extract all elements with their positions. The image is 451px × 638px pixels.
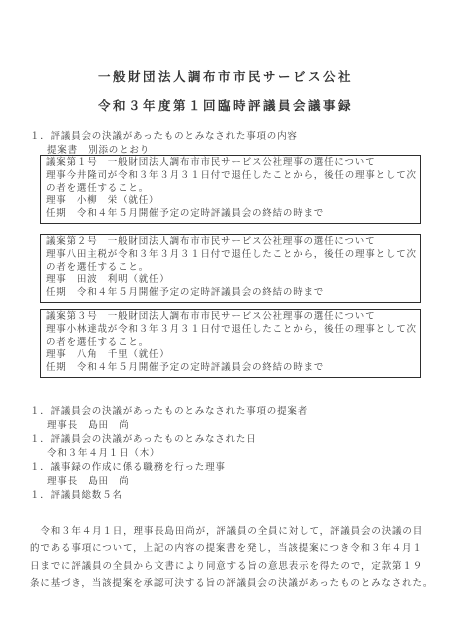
closing-paragraph-line: 的である事項について，上記の内容の提案書を発し，当該提案につき令和３年４月１ — [30, 540, 430, 557]
proposal-2-body-line: 理事八田主税が令和３年３月３１日付で退任したことから，後任の理事として次 — [46, 249, 415, 262]
list-item-5-heading: １．評議員総数５名 — [30, 489, 123, 503]
proposal-box-3: 議案第３号 一般財団法人調布市市民サービス公社理事の選任について 理事小林達哉が… — [40, 309, 421, 378]
proposal-1-appointee: 理事 小柳 栄（就任） — [46, 195, 415, 208]
meeting-minutes-document: 一般財団法人調布市市民サービス公社 令和３年度第１回臨時評議員会議事録 １．評議… — [0, 0, 451, 638]
list-item-1-heading: １．評議員会の決議があったものとみなされた事項の内容 — [30, 130, 298, 144]
proposal-1-title: 議案第１号 一般財団法人調布市市民サービス公社理事の選任について — [46, 157, 415, 170]
proposal-1-body-line: の者を選任すること。 — [46, 183, 415, 196]
proposal-box-2: 議案第２号 一般財団法人調布市市民サービス公社理事の選任について 理事八田主税が… — [40, 234, 421, 303]
proposal-2-body-line: の者を選任すること。 — [46, 262, 415, 275]
proposal-2-title: 議案第２号 一般財団法人調布市市民サービス公社理事の選任について — [46, 236, 415, 249]
proposal-3-term: 任期 令和４年５月開催予定の定時評議員会の終結の時まで — [46, 362, 415, 375]
proposer-name: 理事長 島田 尚 — [47, 419, 129, 433]
minutes-preparer-name: 理事長 島田 尚 — [47, 475, 129, 489]
organization-title: 一般財団法人調布市市民サービス公社 — [0, 67, 451, 85]
list-item-2-heading: １．評議員会の決議があったものとみなされた事項の提案者 — [30, 405, 308, 419]
closing-paragraph-line: 日までに評議員の全員から文書により同意する旨の意思表示を得たので，定款第１９ — [30, 558, 430, 575]
proposal-1-body-line: 理事今井隆司が令和３年３月３１日付で退任したことから，後任の理事として次 — [46, 170, 415, 183]
proposal-box-1: 議案第１号 一般財団法人調布市市民サービス公社理事の選任について 理事今井隆司が… — [40, 155, 421, 224]
proposal-1-term: 任期 令和４年５月開催予定の定時評議員会の終結の時まで — [46, 208, 415, 221]
proposal-3-appointee: 理事 八角 千里（就任） — [46, 349, 415, 362]
proposal-3-title: 議案第３号 一般財団法人調布市市民サービス公社理事の選任について — [46, 311, 415, 324]
closing-paragraph-line: 令和３年４月１日，理事長島田尚が，評議員の全員に対して，評議員会の決議の目 — [30, 523, 430, 540]
proposal-2-appointee: 理事 田波 利明（就任） — [46, 274, 415, 287]
list-item-3-heading: １．評議員会の決議があったものとみなされた日 — [30, 433, 257, 447]
proposal-3-body-line: の者を選任すること。 — [46, 337, 415, 350]
list-item-4-heading: １．議事録の作成に係る職務を行った理事 — [30, 461, 226, 475]
resolution-date: 令和３年４月１日（木） — [47, 447, 160, 461]
document-title: 令和３年度第１回臨時評議員会議事録 — [0, 96, 451, 114]
closing-paragraph: 令和３年４月１日，理事長島田尚が，評議員の全員に対して，評議員会の決議の目 的で… — [30, 523, 430, 592]
proposal-2-term: 任期 令和４年５月開催予定の定時評議員会の終結の時まで — [46, 287, 415, 300]
closing-paragraph-line: 条に基づき，当該提案を承認可決する旨の評議員会の決議があったものとみなされた。 — [30, 575, 430, 592]
proposal-3-body-line: 理事小林達哉が令和３年３月３１日付で退任したことから，後任の理事として次 — [46, 324, 415, 337]
